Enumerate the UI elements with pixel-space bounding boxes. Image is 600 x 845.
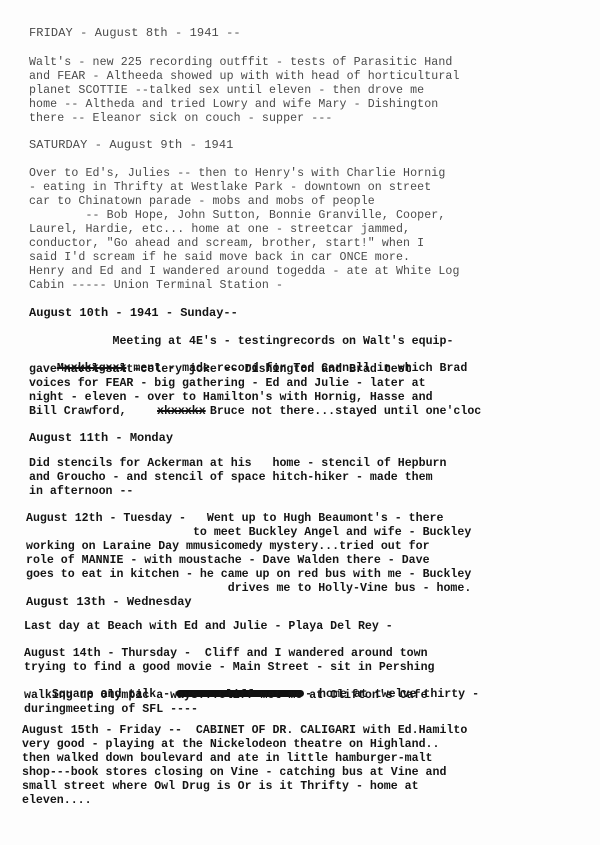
entry-line: small street where Owl Drug is Or is it …: [22, 780, 419, 793]
entry-line: role of MANNIE - with moustache - Dave W…: [26, 554, 430, 567]
entry-line: Over to Ed's, Julies -- then to Henry's …: [29, 167, 445, 180]
entry-line: gave navel-salt-celery joke -- Dishingto…: [29, 363, 412, 376]
entry-line: and Groucho - and stencil of space hitch…: [29, 471, 433, 484]
entry-line: to meet Buckley Angel and wife - Buckley: [26, 526, 471, 539]
struck-out-word: xkxxxkx: [157, 405, 206, 418]
entry-line: Bill Crawford, - Bruce not there...staye…: [29, 405, 481, 418]
entry-line: voices for FEAR - big gathering - Ed and…: [29, 377, 426, 390]
entry-line: Henry and Ed and I wandered around toged…: [29, 265, 460, 278]
entry-line: -- Bob Hope, John Sutton, Bonnie Granvil…: [29, 209, 445, 222]
entry-line: and FEAR - Altheeda showed up with with …: [29, 70, 460, 83]
entry-line: night - eleven - over to Hamilton's with…: [29, 391, 433, 404]
entry-line: drives me to Holly-Vine bus - home.: [26, 582, 471, 595]
typewritten-diary-page: FRIDAY - August 8th - 1941 -- Walt's - n…: [0, 0, 600, 845]
entry-line: very good - playing at the Nickelodeon t…: [22, 738, 439, 751]
entry-line: said I'd scream if he said move back in …: [29, 251, 410, 264]
entry-heading-aug-9: SATURDAY - August 9th - 1941: [29, 139, 233, 152]
entry-heading-aug-14: August 14th - Thursday - Cliff and I wan…: [24, 647, 428, 660]
entry-line: Meeting at 4E's - testingrecords on Walt…: [29, 335, 453, 348]
entry-line: conductor, "Go ahead and scream, brother…: [29, 237, 424, 250]
entry-line: Cabin ----- Union Terminal Station -: [29, 279, 283, 292]
entry-line: trying to find a good movie - Main Stree…: [24, 661, 435, 674]
entry-line: shop---book stores closing on Vine - cat…: [22, 766, 446, 779]
entry-line: duringmeeting of SFL ----: [24, 703, 198, 716]
entry-line: in afternoon --: [29, 485, 133, 498]
entry-line: Last day at Beach with Ed and Julie - Pl…: [24, 620, 393, 633]
entry-line: eleven....: [22, 794, 92, 807]
entry-line: home -- Altheda and tried Lowry and wife…: [29, 98, 438, 111]
entry-line: - eating in Thrifty at Westlake Park - d…: [29, 181, 431, 194]
entry-line: Did stencils for Ackerman at his home - …: [29, 457, 446, 470]
entry-line: Walt's - new 225 recording outffit - tes…: [29, 56, 452, 69]
entry-line: car to Chinatown parade - mobs and mobs …: [29, 195, 375, 208]
entry-heading-aug-8: FRIDAY - August 8th - 1941 --: [29, 27, 241, 40]
entry-heading-aug-12: August 12th - Tuesday - Went up to Hugh …: [26, 512, 443, 525]
entry-line: Laurel, Hardie, etc... home at one - str…: [29, 223, 410, 236]
entry-line: walking up Olympic a ways...Cliff met me…: [24, 689, 428, 702]
entry-line: goes to eat in kitchen - he came up on r…: [26, 568, 471, 581]
entry-line: working on Laraine Day mmusicomedy myste…: [26, 540, 430, 553]
entry-line: then walked down boulevard and ate in li…: [22, 752, 433, 765]
entry-line: planet SCOTTIE --talked sex until eleven…: [29, 84, 424, 97]
entry-heading-aug-10: August 10th - 1941 - Sunday--: [29, 307, 238, 320]
entry-heading-aug-11: August 11th - Monday: [29, 432, 173, 445]
entry-line: there -- Eleanor sick on couch - supper …: [29, 112, 332, 125]
entry-heading-aug-15: August 15th - Friday -- CABINET OF DR. C…: [22, 724, 467, 737]
entry-heading-aug-13: August 13th - Wednesday: [26, 596, 192, 609]
